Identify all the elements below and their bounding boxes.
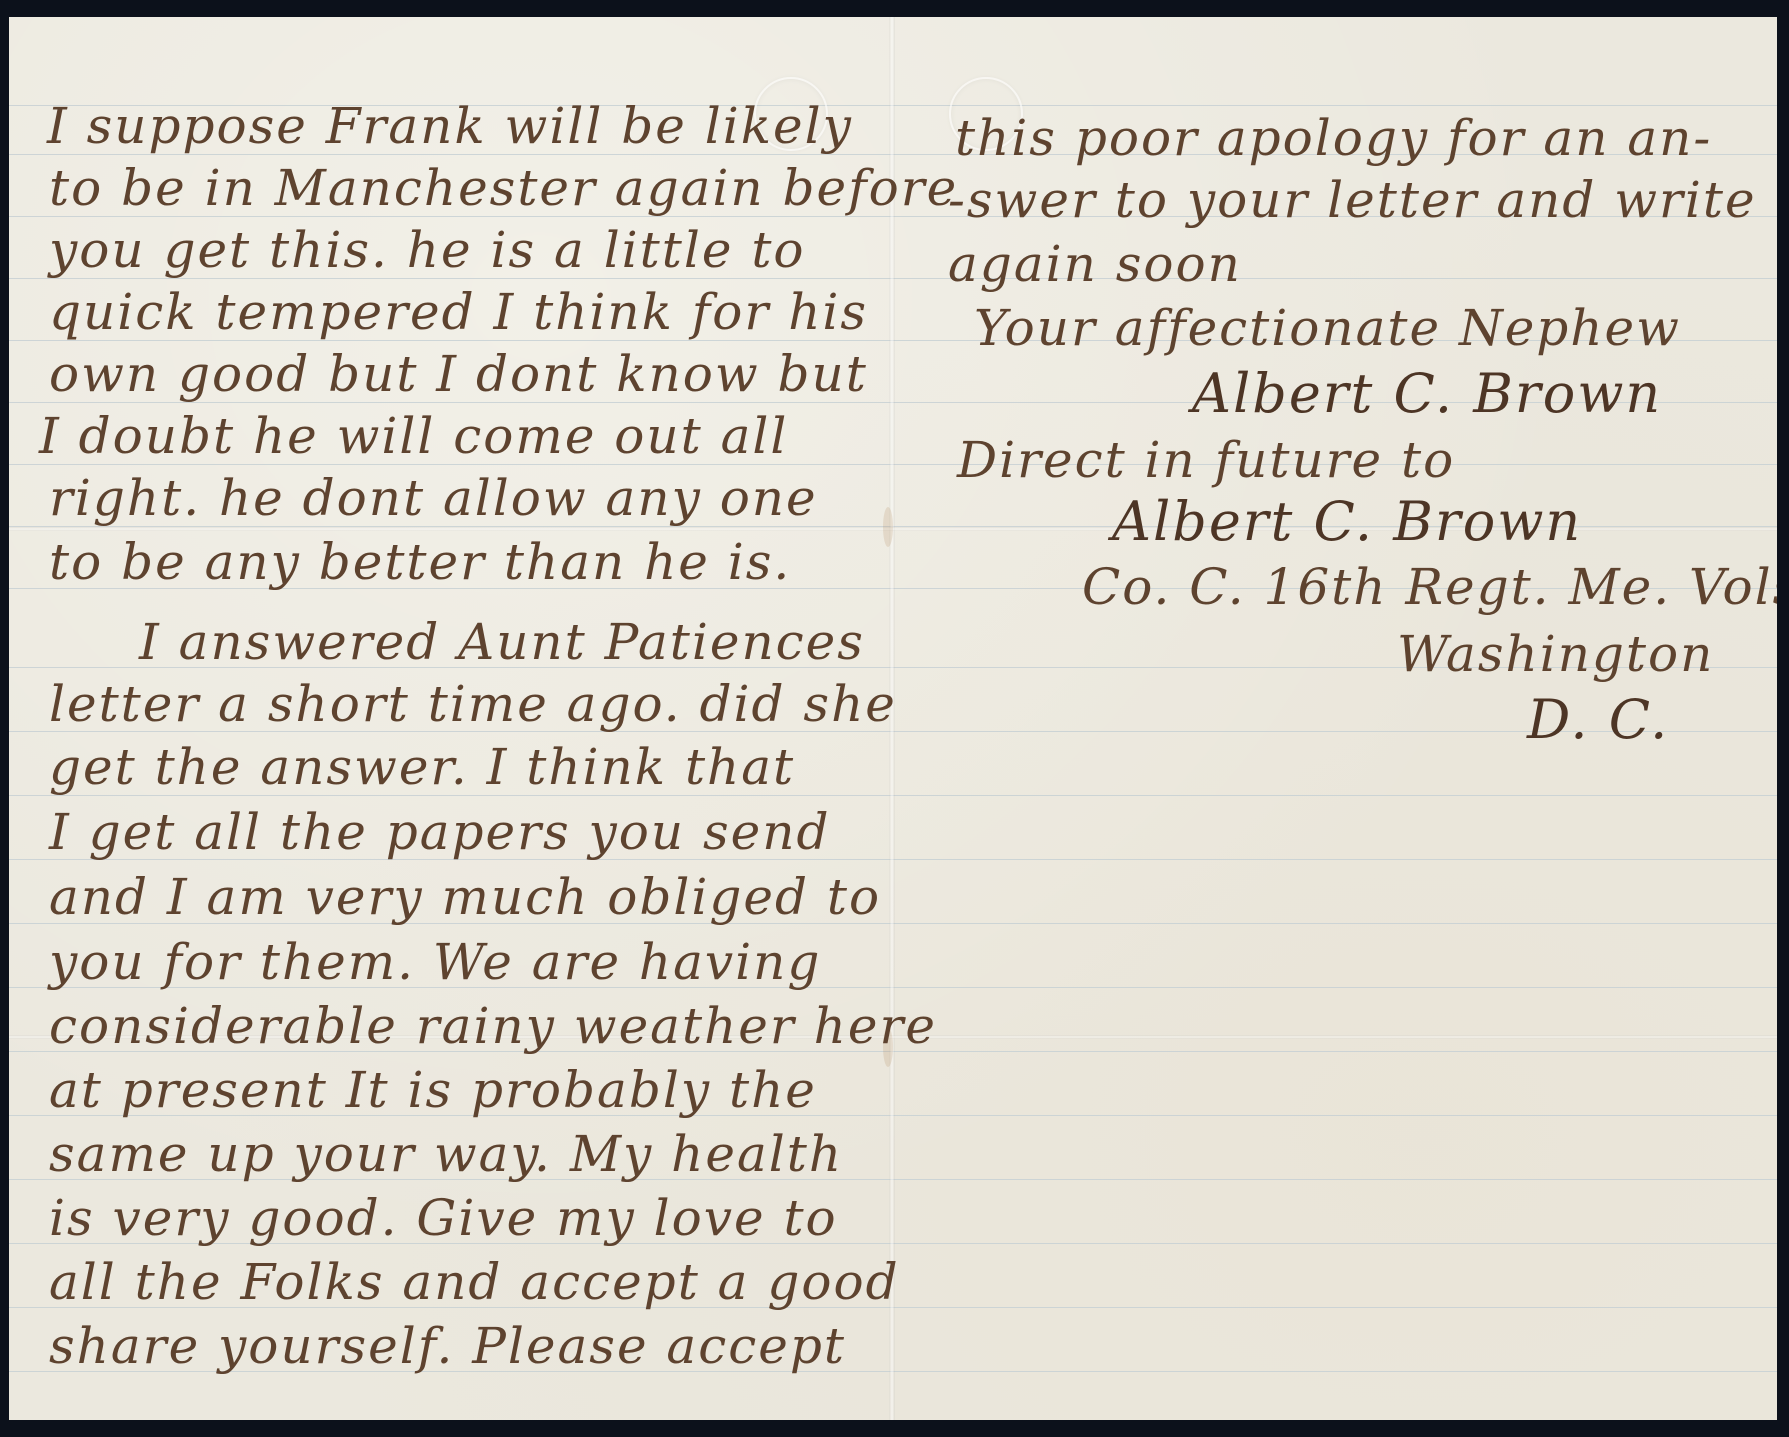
address-city: Washington xyxy=(1397,629,1714,679)
letter-line: I doubt he will come out all xyxy=(39,411,788,461)
closing: Your affectionate Nephew xyxy=(974,303,1681,353)
left-page: I suppose Frank will be likely to be in … xyxy=(9,17,892,1420)
letter-line: and I am very much obliged to xyxy=(49,872,881,922)
address-unit: Co. C. 16th Regt. Me. Vols. xyxy=(1082,562,1777,612)
letter-line: this poor apology for an an- xyxy=(955,113,1712,163)
letter-line: is very good. Give my love to xyxy=(49,1193,838,1243)
letter-line: again soon xyxy=(948,239,1242,289)
right-page: this poor apology for an an- -swer to yo… xyxy=(892,17,1777,1420)
signature: Albert C. Brown xyxy=(1192,367,1662,421)
letter-line: you for them. We are having xyxy=(49,937,821,987)
letter-line: I answered Aunt Patiences xyxy=(139,617,865,667)
letter-line: own good but I dont know but xyxy=(49,349,868,399)
letter-line: I suppose Frank will be likely xyxy=(47,101,853,151)
letter-line: get the answer. I think that xyxy=(49,742,795,792)
letter-line: to be in Manchester again before xyxy=(49,163,958,213)
letter-line: share yourself. Please accept xyxy=(49,1321,846,1371)
address-district: D. C. xyxy=(1527,693,1669,747)
letter-line: same up your way. My health xyxy=(49,1129,843,1179)
letter-line: right. he dont allow any one xyxy=(49,473,818,523)
letter-line: to be any better than he is. xyxy=(49,537,791,587)
letter-line: at present It is probably the xyxy=(49,1065,817,1115)
letter-line: considerable rainy weather here xyxy=(49,1001,937,1051)
letter-line: you get this. he is a little to xyxy=(49,225,806,275)
letter-line: all the Folks and accept a good xyxy=(49,1257,900,1307)
letter-line: I get all the papers you send xyxy=(49,807,830,857)
letter-sheet: I suppose Frank will be likely to be in … xyxy=(9,17,1777,1420)
address-name: Albert C. Brown xyxy=(1112,495,1582,549)
letter-line: quick tempered I think for his xyxy=(49,287,868,337)
direct-label: Direct in future to xyxy=(957,435,1455,485)
letter-line: letter a short time ago. did she xyxy=(49,679,897,729)
letter-line: -swer to your letter and write xyxy=(948,175,1757,225)
